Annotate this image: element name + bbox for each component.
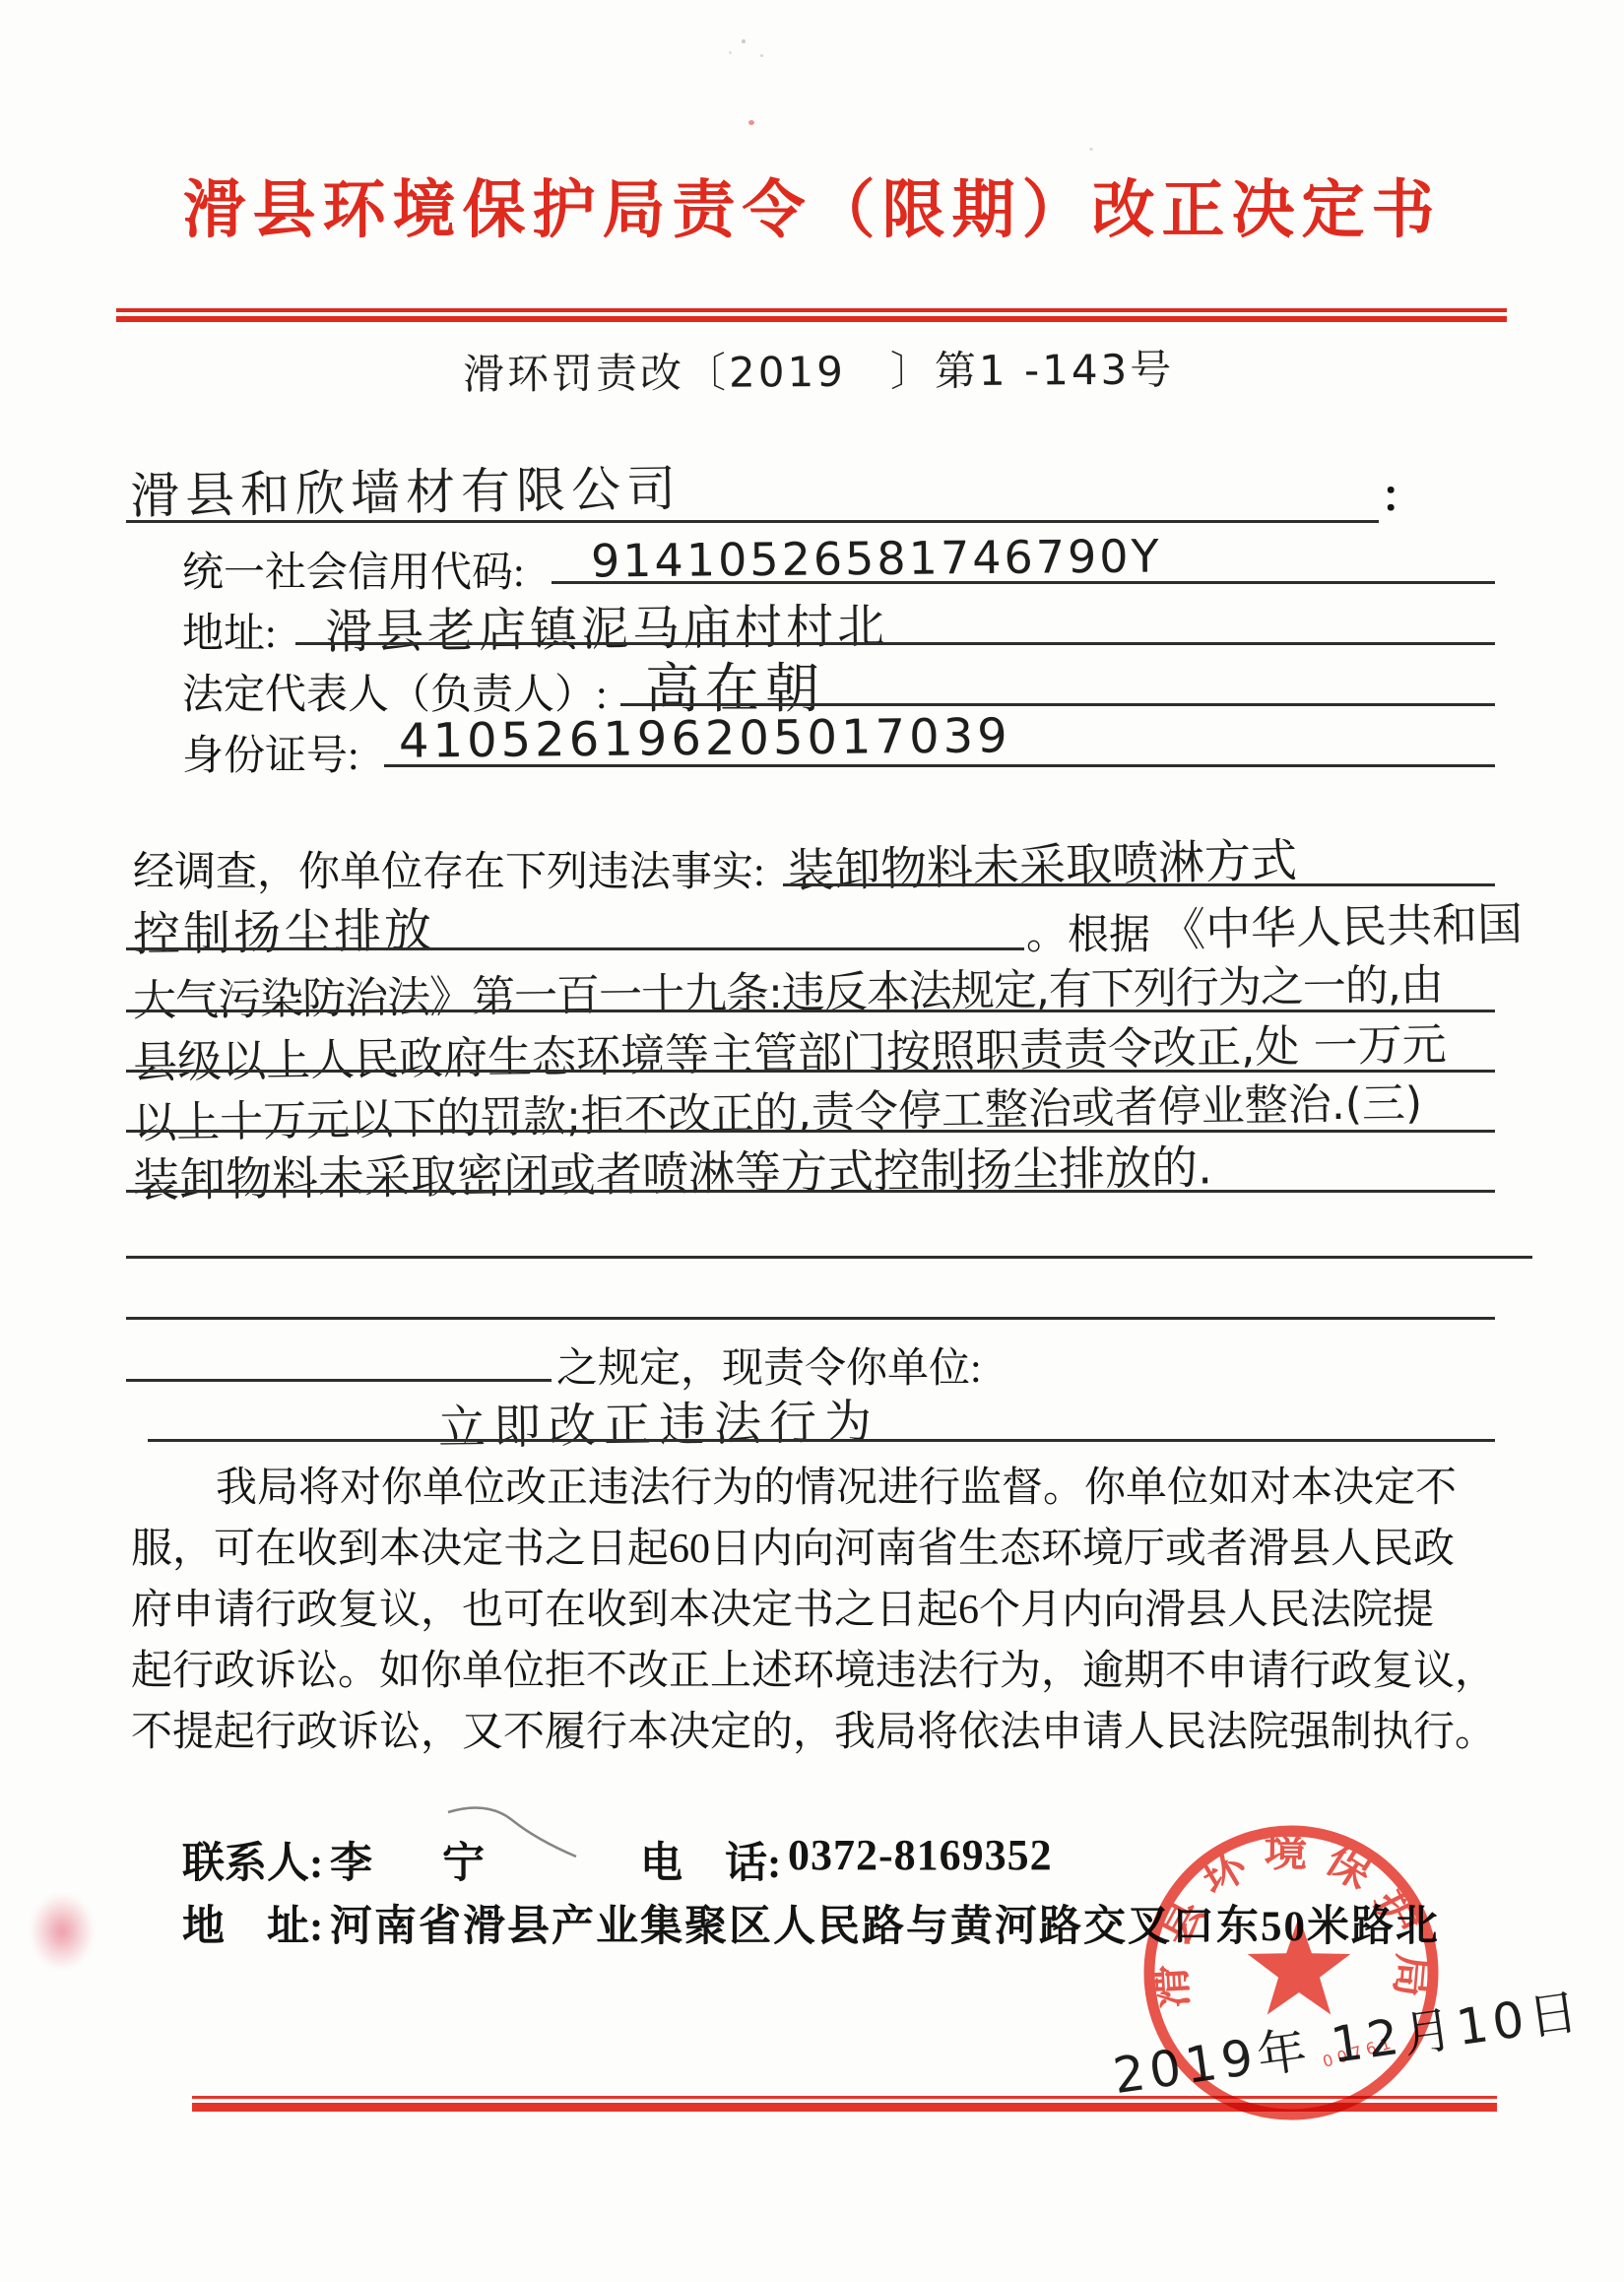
header-rule-thick xyxy=(116,316,1507,322)
red-ink-smudge xyxy=(30,1893,95,1970)
field-value-credit-code: 91410526581746790Y xyxy=(591,529,1162,587)
field-value-id-number: 410526196205017039 xyxy=(399,708,1011,768)
law-underline xyxy=(126,1130,1495,1133)
field-label-id-number: 身份证号: xyxy=(182,723,359,782)
facts-intro: 经调查，你单位存在下列违法事实: xyxy=(133,839,765,898)
contact-person-label: 联系人: xyxy=(182,1830,323,1890)
doc-number: 滑环罚责改〔2019 〕第1 -143号 xyxy=(463,337,1175,401)
contact-phone-number: 0372-8169352 xyxy=(788,1830,1053,1880)
order-handwritten: 立即改正违法行为 xyxy=(438,1384,880,1458)
paragraph-line: 我局将对你单位改正违法行为的情况进行监督。你单位如对本决定不 xyxy=(131,1458,1510,1519)
field-underline xyxy=(295,642,1495,645)
scan-speck xyxy=(729,51,732,54)
contact-phone-label: 电 话: xyxy=(640,1830,781,1890)
facts-underline xyxy=(126,947,1024,950)
contact-person-name: 李 宁 xyxy=(330,1830,498,1890)
facts-handwritten-line2: 控制扬尘排放 xyxy=(133,892,435,964)
recipient-colon: ： xyxy=(1381,461,1424,524)
seal-number: 00761 xyxy=(1321,2033,1397,2071)
provision-underline xyxy=(126,1379,552,1382)
field-underline xyxy=(384,764,1495,767)
blank-underline xyxy=(126,1256,1532,1259)
scan-speck xyxy=(742,39,746,43)
scan-speck xyxy=(1089,148,1093,151)
seal-star xyxy=(1248,1917,1351,2015)
field-underline xyxy=(620,703,1495,706)
supervision-paragraph: 我局将对你单位改正违法行为的情况进行监督。你单位如对本决定不 服，可在收到本决定… xyxy=(131,1458,1510,1763)
red-ink-speck xyxy=(748,120,754,125)
field-label-address: 地址: xyxy=(182,601,277,660)
scanned-document-page: 滑县环境保护局责令（限期）改正决定书 滑环罚责改〔2019 〕第1 -143号 … xyxy=(0,0,1624,2282)
law-underline xyxy=(126,1190,1495,1193)
paragraph-line: 不提起行政诉讼，又不履行本决定的，我局将依法申请人民法院强制执行。 xyxy=(131,1702,1510,1763)
recipient-underline xyxy=(126,520,1379,523)
paragraph-line: 起行政诉讼。如你单位拒不改正上述环境违法行为，逾期不申请行政复议， xyxy=(131,1641,1510,1702)
blank-underline xyxy=(126,1317,1495,1320)
facts-handwritten-line1: 装卸物料未采取喷淋方式 xyxy=(787,824,1297,901)
scan-speck xyxy=(760,54,763,57)
recipient-company-name: 滑县和欣墙材有限公司 xyxy=(130,449,682,528)
law-handwritten-line1: 《中华人民共和国 xyxy=(1159,888,1523,959)
header-rule-thin xyxy=(116,308,1507,312)
paragraph-line: 服，可在收到本决定书之日起60日内向河南省生态环境厅或者滑县人民政 xyxy=(131,1519,1510,1580)
paragraph-line: 府申请行政复议，也可在收到本决定书之日起6个月内向滑县人民法院提 xyxy=(131,1580,1510,1641)
facts-underline xyxy=(783,883,1495,886)
document-title: 滑县环境保护局责令（限期）改正决定书 xyxy=(0,160,1624,250)
contact-address-label: 地 址: xyxy=(182,1893,323,1953)
official-seal: 滑县环境保护局 00761 xyxy=(1129,1810,1454,2135)
law-handwritten-line5: 装卸物料未采取密闭或者喷淋等方式控制扬尘排放的. xyxy=(133,1131,1213,1209)
order-underline xyxy=(148,1439,1495,1442)
field-underline xyxy=(552,581,1495,584)
field-label-credit-code: 统一社会信用代码: xyxy=(182,540,525,599)
